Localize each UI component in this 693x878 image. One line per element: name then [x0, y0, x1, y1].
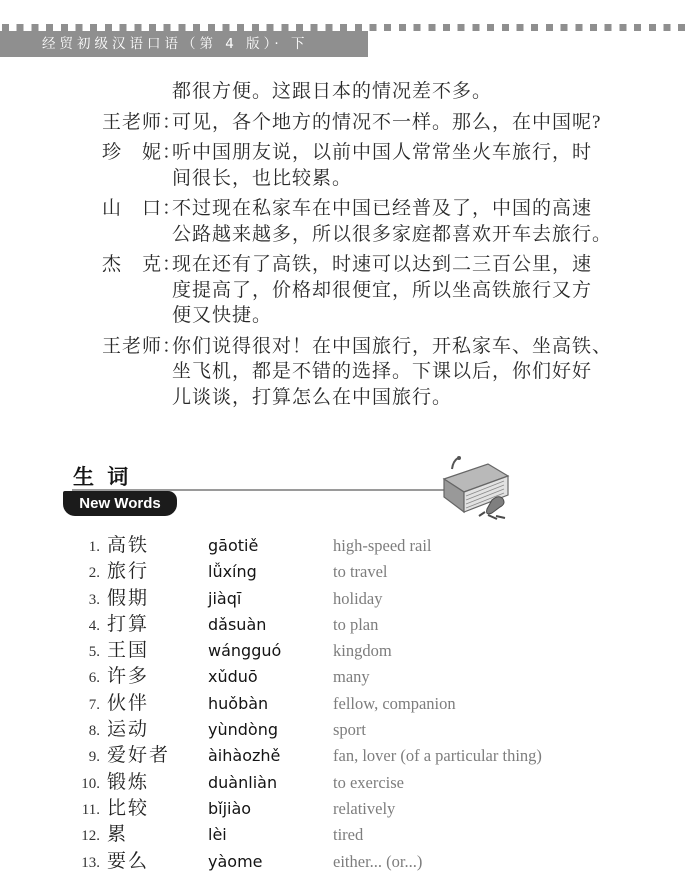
vocab-english: high-speed rail — [333, 536, 432, 556]
dialogue-entry: 杰 克： 现在还有了高铁，时速可以达到二三百公里，速 度提高了，价格却很便宜，所… — [100, 252, 625, 329]
vocab-row: 13. 要么 yàome either... (or...) — [60, 846, 640, 872]
vocab-english: many — [333, 667, 370, 687]
vocab-pinyin: duànliàn — [208, 773, 333, 792]
vocab-hanzi: 旅行 — [107, 556, 208, 583]
vocab-number: 5. — [60, 644, 100, 661]
vocab-pinyin: yàome — [208, 852, 333, 871]
vocab-row: 1. 高铁 gāotiě high-speed rail — [60, 530, 640, 556]
vocab-pinyin: xǔduō — [208, 667, 333, 686]
vocab-english: holiday — [333, 589, 383, 609]
vocab-row: 2. 旅行 lǚxíng to travel — [60, 556, 640, 582]
vocab-pinyin: jiàqī — [208, 589, 333, 608]
vocab-english: fellow, companion — [333, 694, 456, 714]
vocab-pinyin: yùndòng — [208, 720, 333, 739]
vocab-number: 7. — [60, 697, 100, 714]
dialogue-entry: 都很方便。这跟日本的情况差不多。 — [100, 79, 625, 105]
vocab-row: 8. 运动 yùndòng sport — [60, 714, 640, 740]
dialogue-block: 都很方便。这跟日本的情况差不多。 王老师： 可见，各个地方的情况不一样。那么，在… — [100, 79, 625, 415]
vocab-number: 4. — [60, 618, 100, 635]
speech-text: 不过现在私家车在中国已经普及了，中国的高速 公路越来越多，所以很多家庭都喜欢开车… — [172, 198, 612, 245]
vocab-pinyin: dǎsuàn — [208, 615, 333, 634]
vocab-number: 10. — [60, 776, 100, 793]
page-header-bar: 经贸初级汉语口语（第 4 版）· 下 — [0, 31, 368, 57]
speaker-name: 杰 克： — [102, 252, 182, 278]
dialogue-entry: 山 口： 不过现在私家车在中国已经普及了，中国的高速 公路越来越多，所以很多家庭… — [100, 196, 625, 247]
vocab-english: fan, lover (of a particular thing) — [333, 746, 542, 766]
vocab-row: 7. 伙伴 huǒbàn fellow, companion — [60, 688, 640, 714]
vocab-pinyin: huǒbàn — [208, 694, 333, 713]
vocab-row: 11. 比较 bǐjiào relatively — [60, 793, 640, 819]
new-words-badge: New Words — [63, 491, 177, 516]
vocab-hanzi: 打算 — [107, 609, 208, 636]
vocab-number: 2. — [60, 565, 100, 582]
vocab-hanzi: 要么 — [107, 846, 208, 873]
vocab-english: to exercise — [333, 773, 404, 793]
speaker-name: 王老师： — [102, 110, 182, 136]
vocab-row: 9. 爱好者 àihàozhě fan, lover (of a particu… — [60, 740, 640, 766]
vocab-number: 8. — [60, 723, 100, 740]
bookworm-illustration — [436, 455, 514, 525]
vocab-pinyin: àihàozhě — [208, 746, 333, 765]
vocab-list: 1. 高铁 gāotiě high-speed rail 2. 旅行 lǚxín… — [60, 530, 640, 872]
textbook-page: 经贸初级汉语口语（第 4 版）· 下 都很方便。这跟日本的情况差不多。 王老师：… — [0, 0, 693, 878]
vocab-row: 5. 王国 wángguó kingdom — [60, 635, 640, 661]
vocab-row: 6. 许多 xǔduō many — [60, 661, 640, 687]
vocab-number: 11. — [60, 802, 100, 819]
vocab-hanzi: 累 — [107, 819, 208, 846]
vocab-pinyin: bǐjiào — [208, 799, 333, 818]
vocab-english: to travel — [333, 562, 388, 582]
vocab-english: to plan — [333, 615, 378, 635]
vocab-hanzi: 假期 — [107, 583, 208, 610]
speech-text: 可见，各个地方的情况不一样。那么，在中国呢? — [172, 112, 601, 133]
dialogue-entry: 王老师： 你们说得很对！在中国旅行，开私家车、坐高铁、 坐飞机，都是不错的选择。… — [100, 334, 625, 411]
vocab-hanzi: 比较 — [107, 793, 208, 820]
vocab-pinyin: wángguó — [208, 641, 333, 660]
vocab-number: 3. — [60, 592, 100, 609]
vocab-hanzi: 王国 — [107, 635, 208, 662]
vocab-english: either... (or...) — [333, 852, 422, 872]
vocab-hanzi: 伙伴 — [107, 688, 208, 715]
vocab-number: 9. — [60, 749, 100, 766]
new-words-heading-cn: 生 词 — [73, 461, 132, 491]
vocab-pinyin: gāotiě — [208, 536, 333, 555]
vocab-hanzi: 许多 — [107, 661, 208, 688]
speaker-name: 山 口： — [102, 196, 182, 222]
vocab-hanzi: 高铁 — [107, 530, 208, 557]
vocab-hanzi: 运动 — [107, 714, 208, 741]
vocab-pinyin: lǚxíng — [208, 562, 333, 581]
vocab-english: tired — [333, 825, 363, 845]
vocab-hanzi: 锻炼 — [107, 767, 208, 794]
vocab-number: 12. — [60, 828, 100, 845]
speech-text: 现在还有了高铁，时速可以达到二三百公里，速 度提高了，价格却很便宜，所以坐高铁旅… — [172, 254, 592, 326]
book-title: 经贸初级汉语口语（第 4 版）· 下 — [42, 36, 309, 52]
vocab-english: sport — [333, 720, 366, 740]
vocab-english: kingdom — [333, 641, 392, 661]
vocab-row: 10. 锻炼 duànliàn to exercise — [60, 767, 640, 793]
vocab-row: 3. 假期 jiàqī holiday — [60, 583, 640, 609]
dialogue-entry: 珍 妮： 听中国朋友说，以前中国人常常坐火车旅行，时 间很长，也比较累。 — [100, 140, 625, 191]
speech-text: 都很方便。这跟日本的情况差不多。 — [172, 81, 492, 102]
header-dot-strip — [2, 24, 691, 31]
vocab-number: 6. — [60, 670, 100, 687]
dialogue-entry: 王老师： 可见，各个地方的情况不一样。那么，在中国呢? — [100, 110, 625, 136]
vocab-english: relatively — [333, 799, 395, 819]
vocab-row: 4. 打算 dǎsuàn to plan — [60, 609, 640, 635]
speech-text: 听中国朋友说，以前中国人常常坐火车旅行，时 间很长，也比较累。 — [172, 142, 592, 189]
vocab-row: 12. 累 lèi tired — [60, 819, 640, 845]
speaker-name: 珍 妮： — [102, 140, 182, 166]
speaker-name: 王老师： — [102, 334, 182, 360]
speech-text: 你们说得很对！在中国旅行，开私家车、坐高铁、 坐飞机，都是不错的选择。下课以后，… — [172, 336, 612, 408]
vocab-pinyin: lèi — [208, 825, 333, 844]
vocab-hanzi: 爱好者 — [107, 740, 208, 767]
vocab-number: 1. — [60, 539, 100, 556]
vocab-number: 13. — [60, 855, 100, 872]
